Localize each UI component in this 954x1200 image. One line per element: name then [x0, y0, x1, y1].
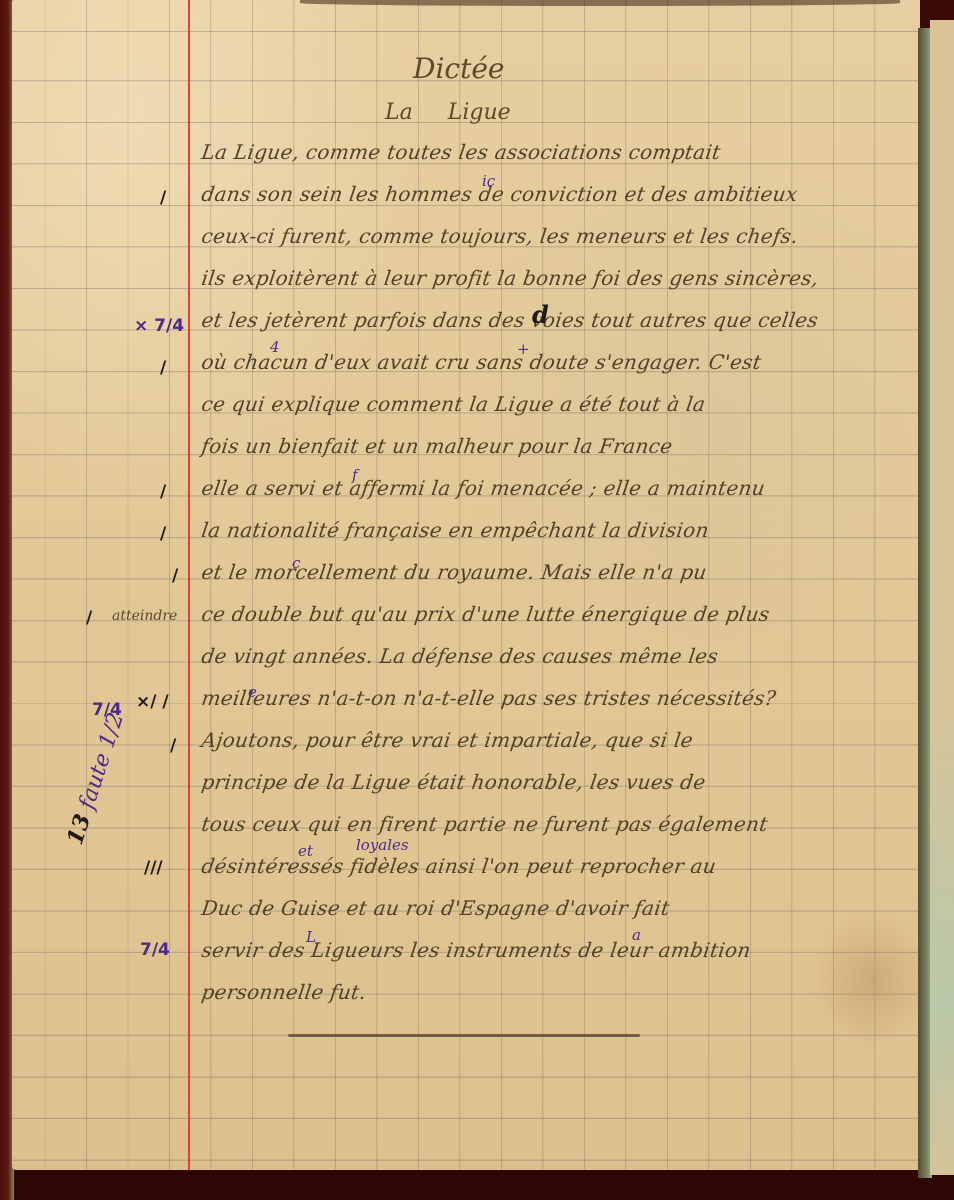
- text-line-17: tous ceux qui en firent partie ne furent…: [200, 812, 903, 836]
- correction-conviction: ic: [482, 172, 495, 190]
- correction-affermi: f: [352, 466, 358, 484]
- text-line-14: meilleures n'a-t-on n'a-t-elle pas ses t…: [200, 686, 903, 710]
- next-page-edge: [930, 20, 954, 1175]
- correction-meilleures: e: [248, 683, 257, 701]
- text-line-3: ceux-ci furent, comme toujours, les mene…: [200, 224, 903, 248]
- correction-ligueurs: L: [306, 928, 316, 946]
- text-line-2: dans son sein les hommes de conviction e…: [200, 182, 903, 206]
- text-line-4: ils exploitèrent à leur profit la bonne …: [200, 266, 903, 290]
- correction-ambition: a: [632, 926, 641, 944]
- text-line-21: personnelle fut.: [200, 980, 903, 1004]
- margin-mark: /: [160, 482, 166, 502]
- correction-et: et: [298, 842, 313, 860]
- text-line-6: où chacun d'eux avait cru sans doute s'e…: [200, 350, 903, 374]
- correction-des: d: [532, 300, 549, 329]
- text-line-11: et le morcellement du royaume. Mais elle…: [200, 560, 903, 584]
- text-line-16: principe de la Ligue était honorable, le…: [200, 770, 903, 794]
- red-margin-line: [188, 0, 190, 1170]
- dark-background: [0, 1165, 954, 1200]
- text-line-5: et les jetèrent parfois dans des voies t…: [200, 308, 903, 332]
- correction-loyales: loyales: [356, 836, 409, 854]
- margin-mark: /: [160, 188, 166, 208]
- text-line-7: ce qui explique comment la Ligue a été t…: [200, 392, 903, 416]
- correction-cru: +: [517, 340, 530, 358]
- end-rule: [288, 1034, 640, 1037]
- text-line-13: de vingt années. La défense des causes m…: [200, 644, 903, 668]
- margin-mark: /: [160, 358, 166, 378]
- text-line-8: fois un bienfait et un malheur pour la F…: [200, 434, 903, 458]
- margin-mark: ///: [144, 858, 163, 878]
- text-line-10: la nationalité française en empêchant la…: [200, 518, 903, 542]
- margin-mark: /: [172, 566, 178, 586]
- text-line-9: elle a servi et affermi la foi menacée ;…: [200, 476, 903, 500]
- page-top-shadow: [300, 0, 900, 6]
- correction-chacun: 4: [270, 338, 280, 356]
- margin-word-atteindre: atteindre: [112, 608, 177, 624]
- page-title: Dictée: [413, 52, 504, 85]
- text-line-19: Duc de Guise et au roi d'Espagne d'avoir…: [200, 896, 903, 920]
- text-line-1: La Ligue, comme toutes les associations …: [200, 140, 903, 164]
- margin-mark: × 7/4: [134, 316, 184, 336]
- correction-morcellement: c: [292, 554, 300, 572]
- grade-fraction: 7/4: [92, 700, 122, 720]
- margin-mark: /: [170, 736, 176, 756]
- text-line-12: ce double but qu'au prix d'une lutte éne…: [200, 602, 903, 626]
- margin-mark: 7/4: [140, 940, 170, 960]
- margin-mark: ×/ /: [136, 692, 169, 712]
- margin-mark: /: [160, 524, 166, 544]
- text-line-15: Ajoutons, pour être vrai et impartiale, …: [200, 728, 903, 752]
- page-subtitle: La Ligue: [385, 100, 511, 125]
- margin-mark: /: [86, 608, 92, 628]
